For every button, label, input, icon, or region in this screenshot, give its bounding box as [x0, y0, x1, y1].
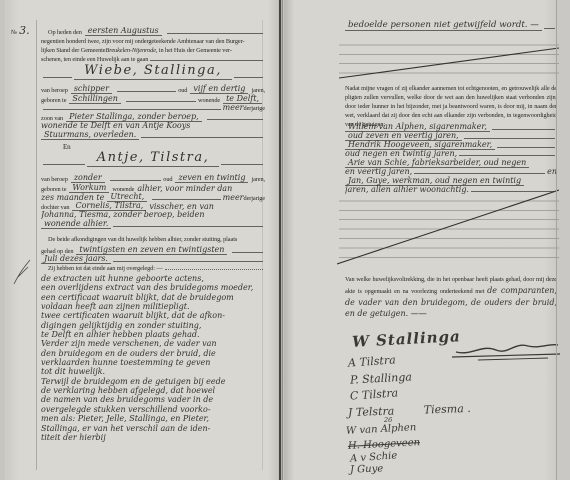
- handwritten-line: de extracten uit hunne geboorte actens,: [41, 274, 265, 283]
- rule-filler: [414, 172, 545, 174]
- act-number: № 3.: [11, 24, 30, 37]
- act-number-sign: №: [11, 29, 17, 36]
- bride-occupation: zonder: [71, 173, 105, 183]
- handwritten-continuation: bedoelde personen niet getwijfeld wordt.…: [345, 20, 542, 31]
- rule-filler: [544, 27, 555, 29]
- left-page: № 3. Op heden den eersten Augustus negen…: [5, 0, 282, 480]
- printed-text: De beide afkondigingen van dit huwelijk …: [41, 236, 237, 243]
- documents-header-line: Zij hebben tot dat einde aan mij overgel…: [41, 265, 265, 272]
- rule-filler: [167, 32, 263, 34]
- handwritten-line: te Delft en alhier hebben plaats gehad.: [41, 330, 265, 339]
- bride-name-line: Antje, Tilstra,: [41, 151, 265, 167]
- bride-mother-line: Johanna, Tiesma, zonder beroep, beiden: [41, 210, 265, 219]
- rule-filler: [207, 118, 263, 120]
- handwritten-text: Stuurmans, overleden.: [41, 130, 139, 140]
- handwritten-line: een overlijdens extract van des bruidego…: [41, 283, 265, 292]
- handwritten-line: Terwijl de bruidegom en de getuigen bij …: [41, 377, 265, 386]
- rule-filler: [221, 163, 263, 165]
- bride-occupation-line: van beroep zonder oud zeven en twintig j…: [41, 173, 265, 183]
- documents-handwritten-block: de extracten uit hunne geboorte actens, …: [41, 274, 265, 442]
- groom-occupation: schipper: [71, 84, 112, 94]
- left-page-text-block: Op heden den eersten Augustus negentien …: [41, 0, 265, 480]
- groom-mother-name: wonende te Delft en van Antje Kooys: [41, 121, 190, 130]
- rule-filler: [165, 268, 263, 270]
- handwritten-line: digingen gelijktijdig en zonder stuiting…: [41, 321, 265, 330]
- right-page-edge: [556, 0, 557, 480]
- conjunction-line: En: [41, 143, 265, 151]
- rule-filler: [141, 136, 263, 138]
- printed-line: lijken Stand der Gemeente Breukelen-Nije…: [41, 47, 265, 54]
- bride-mother-name: Johanna, Tiesma, zonder beroep, beiden: [41, 210, 205, 219]
- rule-filler: [150, 59, 263, 61]
- rule-filler: [492, 128, 555, 130]
- scanned-marriage-record: № 3. Op heden den eersten Augustus negen…: [0, 0, 570, 480]
- handwritten-line: voldaan heeft aan zijnen militiepligt.: [41, 302, 265, 311]
- margin-paraph-flourish: [11, 258, 33, 288]
- continuation-line: bedoelde personen niet getwijfeld wordt.…: [345, 20, 557, 31]
- handwritten-line: een certificaat waaruit blijkt, dat de b…: [41, 293, 265, 302]
- printed-line: schenen, ten einde een Huwelijk aan te g…: [41, 56, 265, 63]
- printed-text: oud: [163, 176, 172, 183]
- handwritten-line: Stallinga, er van het verschil aan de id…: [41, 424, 265, 433]
- printed-text: lijken Stand der Gemeente: [41, 47, 105, 54]
- groom-occupation-line: van beroep schipper oud vijf en dertig j…: [41, 84, 265, 94]
- handwritten-date: eersten Augustus: [85, 26, 162, 36]
- handwritten-line: de verklaring hebben afgelegd, dat hoewe…: [41, 386, 265, 395]
- printed-text: van beroep: [41, 176, 68, 183]
- bride-residence-line3: wonende alhier.: [41, 219, 265, 229]
- witness-text: oud negen en twintig jaren,: [345, 149, 457, 158]
- handwritten-line: titeit der hierbij: [41, 433, 265, 442]
- handwritten-line: men als: Pieter, Jelle, Stallinga, en Pi…: [41, 414, 265, 423]
- signature-text: Tiesma .: [424, 402, 471, 417]
- handwritten-text: meer: [223, 103, 244, 112]
- handwritten-line: twee certificaten waaruit blijkt, dat de…: [41, 311, 265, 320]
- printed-text: , in het Huis der Gemeente ver-: [156, 47, 232, 54]
- bride-name: Antje, Tilstra,: [87, 151, 219, 167]
- rule-filler: [152, 198, 220, 200]
- center-fold-highlight: [282, 0, 283, 480]
- groom-name-line: Wiebe, Stallinga,: [41, 64, 265, 80]
- rule-filler: [459, 154, 555, 156]
- act-number-value: 3.: [19, 24, 30, 37]
- printed-text: oud: [178, 87, 187, 94]
- printed-text: schenen, ten einde een Huwelijk aan te g…: [41, 56, 148, 63]
- handwritten-line: Verder zijn mede verschenen, de vader va…: [41, 339, 265, 348]
- groom-majority-line: meer derjarige: [41, 103, 265, 112]
- groom-age: vijf en dertig: [190, 84, 248, 94]
- rule-filler: [113, 260, 263, 262]
- opening-line: Op heden den eersten Augustus: [41, 26, 265, 36]
- banns-month: Juli dezes jaars.: [41, 254, 111, 264]
- left-margin-rule: [36, 20, 37, 470]
- printed-text: jaren,: [251, 87, 265, 94]
- handwritten-line: den bruidegom en de ouders der bruid, di…: [41, 349, 265, 358]
- printed-text: van beroep: [41, 87, 68, 94]
- center-fold-line: [279, 0, 281, 480]
- banns-line1: De beide afkondigingen van dit huwelijk …: [41, 236, 265, 243]
- handwritten-text: wonende alhier.: [41, 219, 111, 229]
- witness-line: oud negen en twintig jaren,: [345, 149, 557, 158]
- handwritten-line: tot dit huwelijk.: [41, 367, 265, 376]
- rule-filler: [43, 163, 85, 165]
- rule-filler: [232, 251, 263, 253]
- rule-filler: [126, 100, 196, 102]
- rule-filler: [117, 90, 176, 92]
- witness-line: en veertig jaren,en: [345, 167, 557, 176]
- blank-ruled-area: [339, 36, 559, 80]
- banns-line3: Juli dezes jaars.: [41, 254, 265, 264]
- closing-paragraph: Van welke huwelijksvoltrekking, die in h…: [345, 272, 557, 318]
- rule-filler: [110, 179, 162, 181]
- printed-text: Zij hebben tot dat einde aan mij overgel…: [41, 265, 163, 272]
- printed-text: jaren,: [251, 176, 265, 183]
- rule-filler: [113, 225, 263, 227]
- groom-mother-line: wonende te Delft en van Antje Kooys: [41, 121, 265, 130]
- printed-text: negentien honderd twee, zijn voor mij on…: [41, 38, 245, 45]
- witness-text: en veertig jaren,: [345, 167, 412, 176]
- handwritten-line: de namen van des bruidegoms vader in de: [41, 395, 265, 404]
- bride-age: zeven en twintig: [175, 173, 248, 183]
- printed-text: Op heden den: [41, 29, 82, 36]
- right-page: bedoelde personen niet getwijfeld wordt.…: [284, 0, 570, 480]
- printed-text: En: [41, 143, 71, 151]
- groom-name: Wiebe, Stallinga,: [74, 64, 232, 80]
- rule-filler: [497, 146, 555, 148]
- handwritten-line: overgelegde stukken verschillend voorko-: [41, 405, 265, 414]
- signature-witness-4: J Guye: [350, 463, 384, 475]
- groom-mother-line2: Stuurmans, overleden.: [41, 130, 265, 140]
- rule-filler: [234, 76, 263, 78]
- printed-text: derjarige: [244, 105, 265, 112]
- printed-line: negentien honderd twee, zijn voor mij on…: [41, 38, 265, 45]
- rule-filler: [43, 76, 72, 78]
- handwritten-line: verklaarden hunne toestemming te geven: [41, 358, 265, 367]
- rule-filler: [43, 108, 221, 110]
- blank-ruled-area: [339, 192, 559, 266]
- municipality-name: Breukelen-Nijenrode: [105, 47, 155, 54]
- rule-filler: [464, 137, 555, 139]
